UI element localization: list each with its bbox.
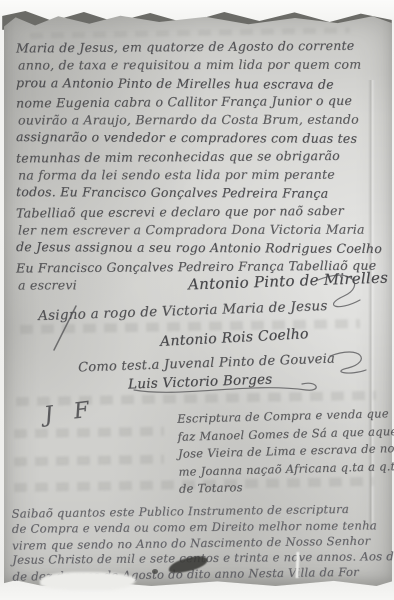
manuscript-photo: Maria de Jesus, em quatorze de Agosto do… [0, 0, 394, 600]
gouveia-flourish [330, 352, 366, 373]
rogo-slash [54, 306, 76, 350]
mirelles-flourish [318, 275, 360, 306]
borges-flourish [134, 383, 316, 392]
bottom-tear-patch [40, 572, 136, 590]
flourish-strokes [0, 0, 394, 600]
ink-blot-dot [152, 569, 158, 574]
